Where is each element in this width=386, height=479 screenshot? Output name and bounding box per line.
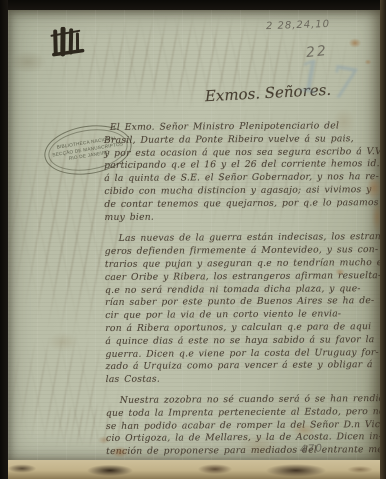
manuscript-scan: BIBLIOTHECA NACIONAL SECÇÃO DE MANUSCRIP…: [0, 0, 386, 479]
scan-border-left: [0, 0, 8, 479]
letter-body: El Exmo. Señor Ministro Plenipotenciario…: [104, 120, 386, 459]
ink-blot-mark: [49, 24, 105, 60]
page-number-annotation: 470: [300, 442, 324, 455]
letter-line: tención de proponerse para mediados del …: [106, 444, 386, 459]
scan-border-right: [380, 0, 386, 479]
page-edge-strip: [0, 460, 386, 479]
letter-line: rían saber por este punto de Buenos Aire…: [105, 295, 385, 310]
letter-line: muy bien.: [104, 210, 384, 225]
letter-line: que toda la Imprenta perteneciente al Es…: [106, 406, 386, 421]
letter-line: las Costas.: [106, 372, 386, 387]
catalog-number-annotation: 2 28,24,10: [266, 19, 330, 32]
letter-line: zado á Urquiza como para vencer á este y…: [105, 359, 385, 374]
scan-border-top: [0, 0, 386, 10]
letter-line: de contar tenemos que quejarnos, por q.e…: [104, 197, 384, 212]
